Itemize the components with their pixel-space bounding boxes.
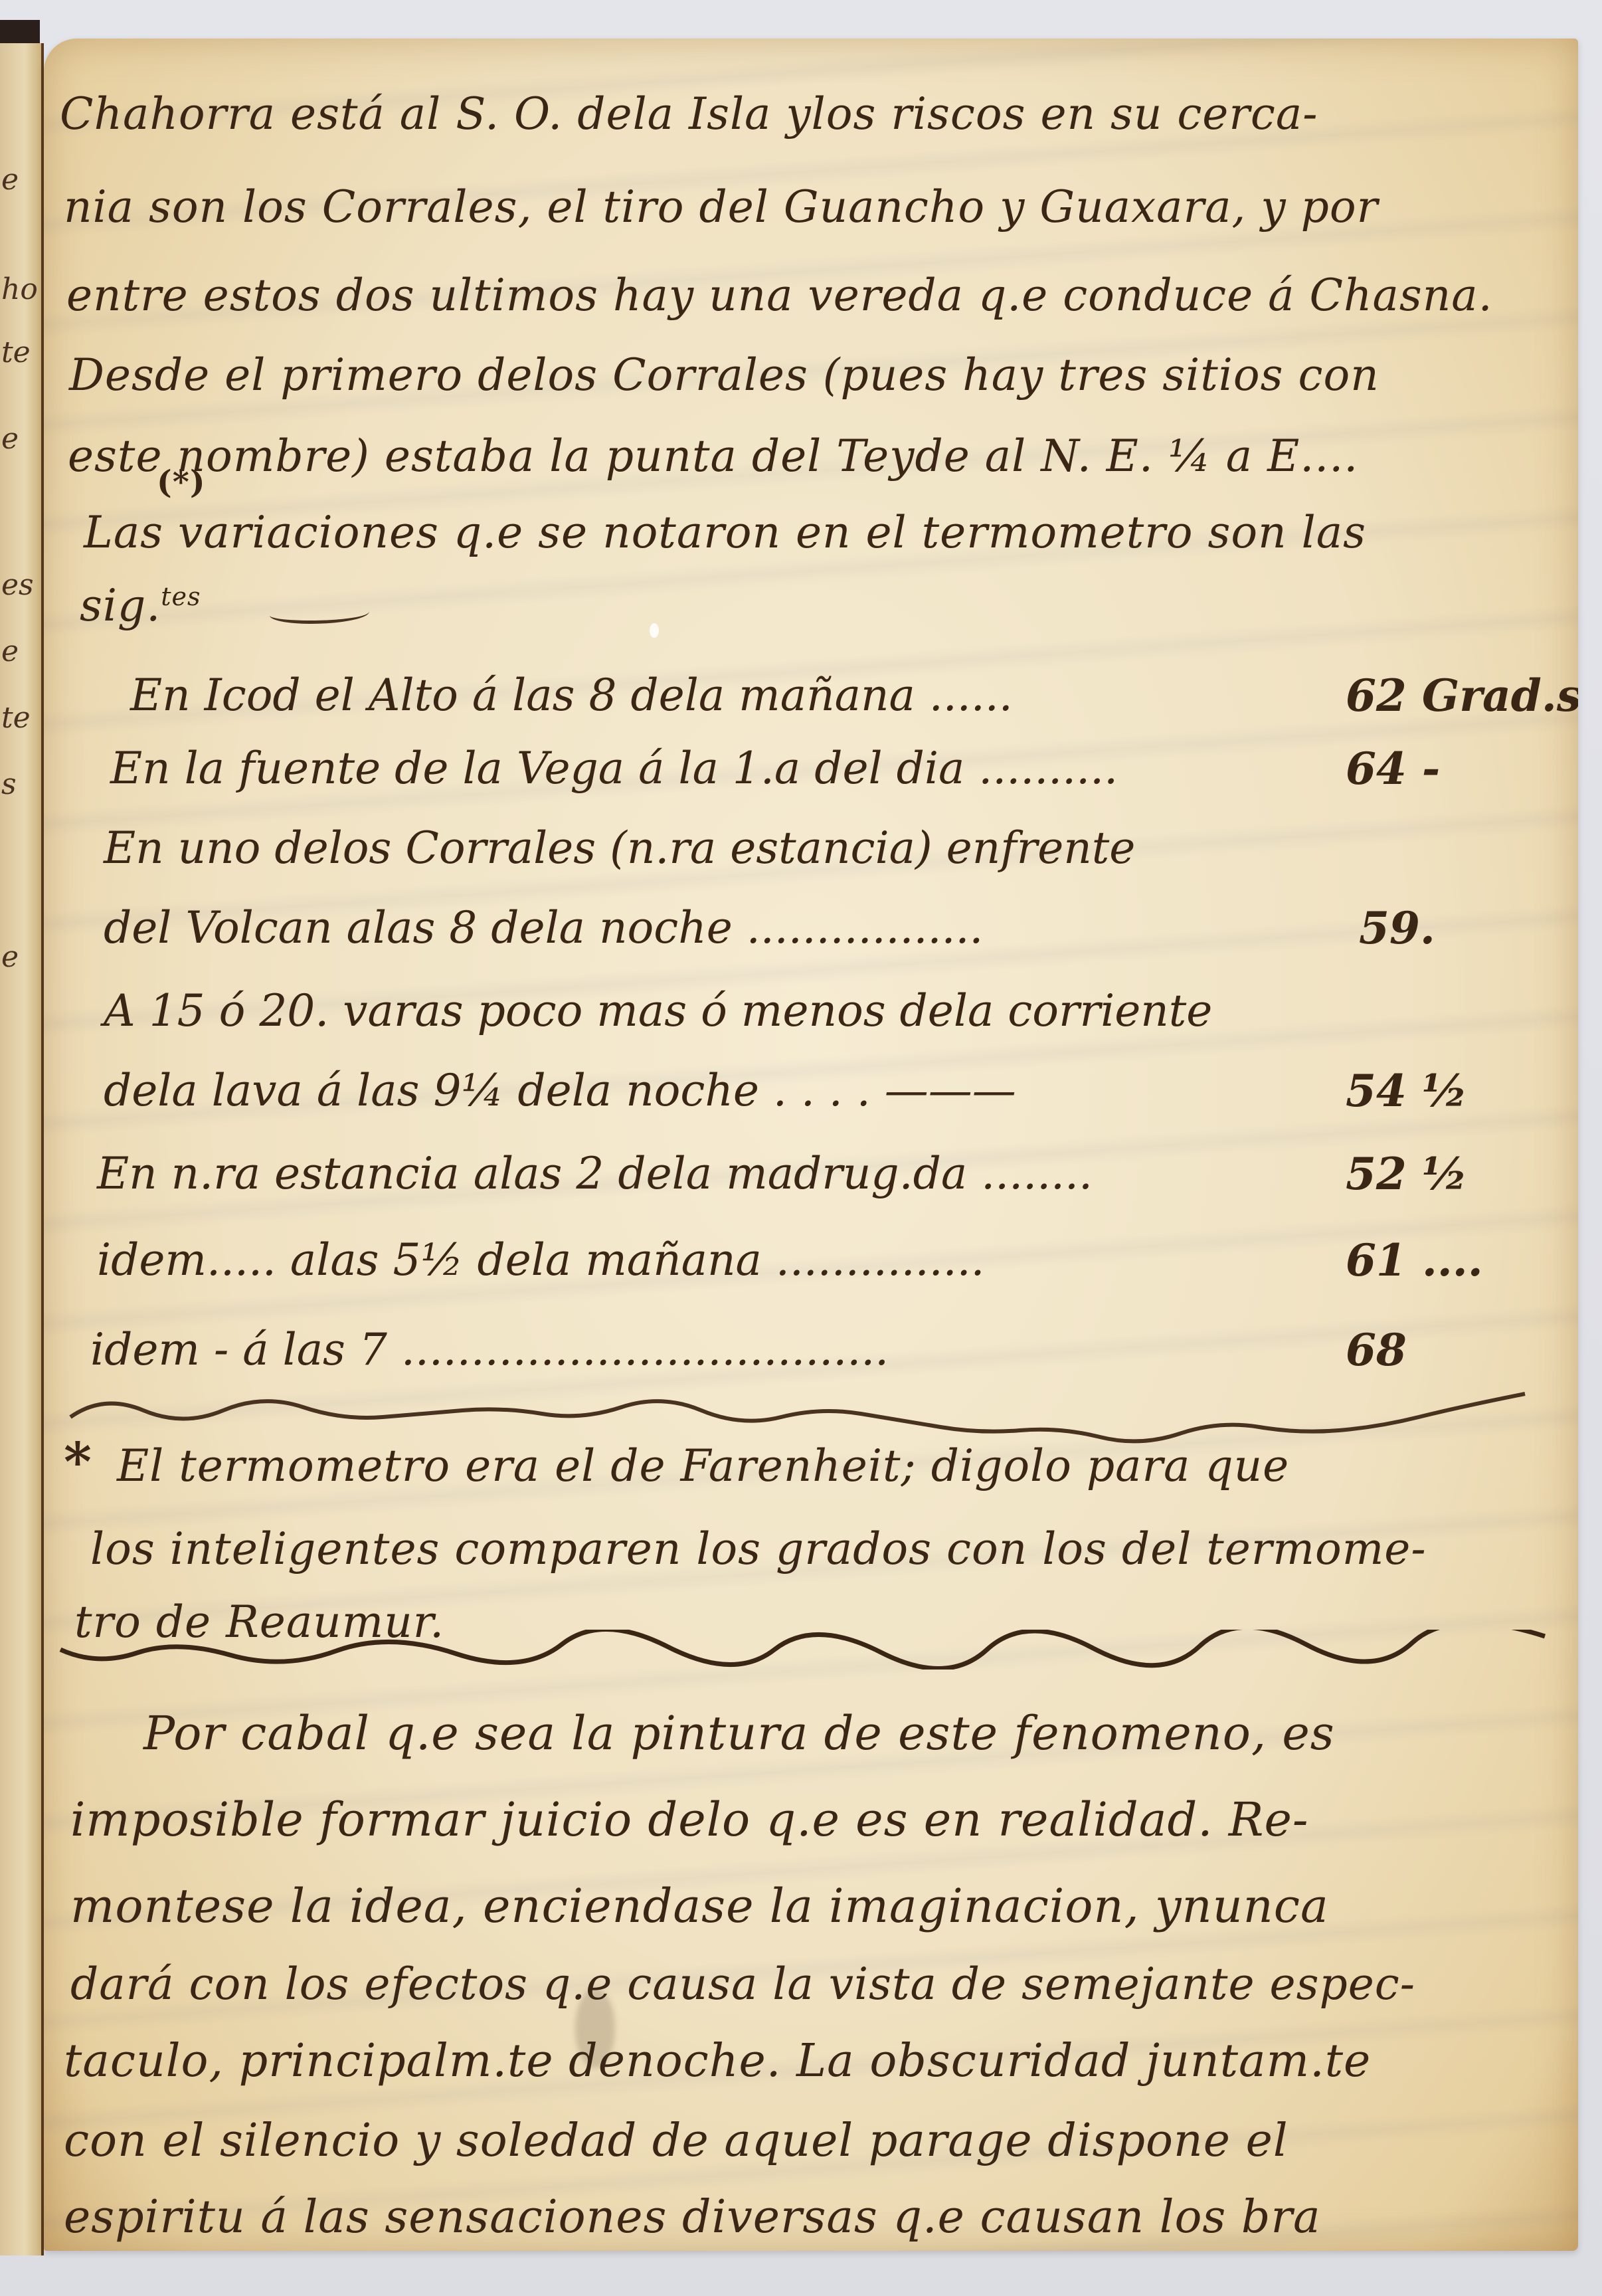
facing-fragment: te xyxy=(1,701,31,735)
text-line: Chahorra está al S. O. dela Isla ylos ri… xyxy=(60,88,1318,140)
reading-place: A 15 ó 20. varas poco mas ó menos dela c… xyxy=(104,985,1212,1036)
text-line: con el silencio y soledad de aquel parag… xyxy=(64,2115,1289,2167)
reading-place: En Icod el Alto á las 8 dela mañana ....… xyxy=(130,670,1013,721)
text-line: este nombre) estaba la punta del Teyde a… xyxy=(68,430,1358,482)
reading-value: 59. xyxy=(1359,902,1435,954)
text-line: Desde el primero delos Corrales (pues ha… xyxy=(69,349,1379,401)
text-line: dará con los efectos q.e causa la vista … xyxy=(70,1959,1415,2010)
reading-value: 68 xyxy=(1346,1324,1407,1376)
facing-fragment: e xyxy=(1,422,19,456)
text-line: montese la idea, enciendase la imaginaci… xyxy=(70,1879,1329,1933)
text-line: Por cabal q.e sea la pintura de este fen… xyxy=(143,1706,1335,1761)
manuscript-photo: e ho te e es e te s e Chahorra está al S… xyxy=(0,0,1602,2296)
text-main: sig. xyxy=(80,580,161,631)
text-line: entre estos dos ultimos hay una vereda q… xyxy=(66,270,1493,321)
text-line: imposible formar juicio delo q.e es en r… xyxy=(70,1792,1309,1847)
facing-fragment: e xyxy=(1,163,19,197)
text-line: Las variaciones q.e se notaron en el ter… xyxy=(84,507,1366,558)
reading-place: En uno delos Corrales (n.ra estancia) en… xyxy=(104,822,1135,874)
text-line: El termometro era el de Farenheit; digol… xyxy=(117,1440,1289,1491)
facing-fragment: ho xyxy=(1,272,38,306)
facing-fragment: es xyxy=(1,568,34,602)
reading-place: idem..... alas 5½ dela mañana ..........… xyxy=(97,1234,985,1286)
reading-place: dela lava á las 9¼ dela noche . . . . ——… xyxy=(104,1065,1016,1116)
reading-place: idem - á las 7 .........................… xyxy=(90,1324,889,1375)
text-line: taculo, principalm.te denoche. La obscur… xyxy=(64,2035,1371,2087)
facing-page: e ho te e es e te s e xyxy=(0,43,44,2255)
reading-value: 52 ½ xyxy=(1346,1148,1468,1200)
wavy-divider xyxy=(57,1630,1552,1670)
reading-value: 64 - xyxy=(1346,743,1440,795)
text-superscript: tes xyxy=(161,582,201,611)
reading-value: 62 Grad.s xyxy=(1346,670,1578,721)
facing-fragment: s xyxy=(1,767,17,801)
text-line: espiritu á las sensaciones diversas q.e … xyxy=(64,2191,1321,2244)
facing-fragment: e xyxy=(1,634,19,668)
paper-hole xyxy=(650,623,659,638)
flourish xyxy=(270,603,369,624)
reading-place: En n.ra estancia alas 2 dela madrug.da .… xyxy=(97,1148,1093,1199)
text-line: sig.tes xyxy=(80,580,201,631)
facing-fragment: te xyxy=(1,335,31,369)
facing-fragment: e xyxy=(1,940,19,974)
reading-place: del Volcan alas 8 dela noche ...........… xyxy=(104,902,983,953)
reading-value: 61 .... xyxy=(1346,1234,1483,1286)
reading-value: 54 ½ xyxy=(1346,1065,1468,1117)
text-line: nia son los Corrales, el tiro del Guanch… xyxy=(64,181,1378,233)
manuscript-page: Chahorra está al S. O. dela Isla ylos ri… xyxy=(44,39,1578,2251)
text-line: los inteligentes comparen los grados con… xyxy=(90,1523,1427,1575)
reading-place: En la fuente de la Vega á la 1.a del dia… xyxy=(110,743,1118,794)
footnote-marker: (*) xyxy=(157,464,206,501)
asterisk-icon: * xyxy=(64,1430,92,1493)
